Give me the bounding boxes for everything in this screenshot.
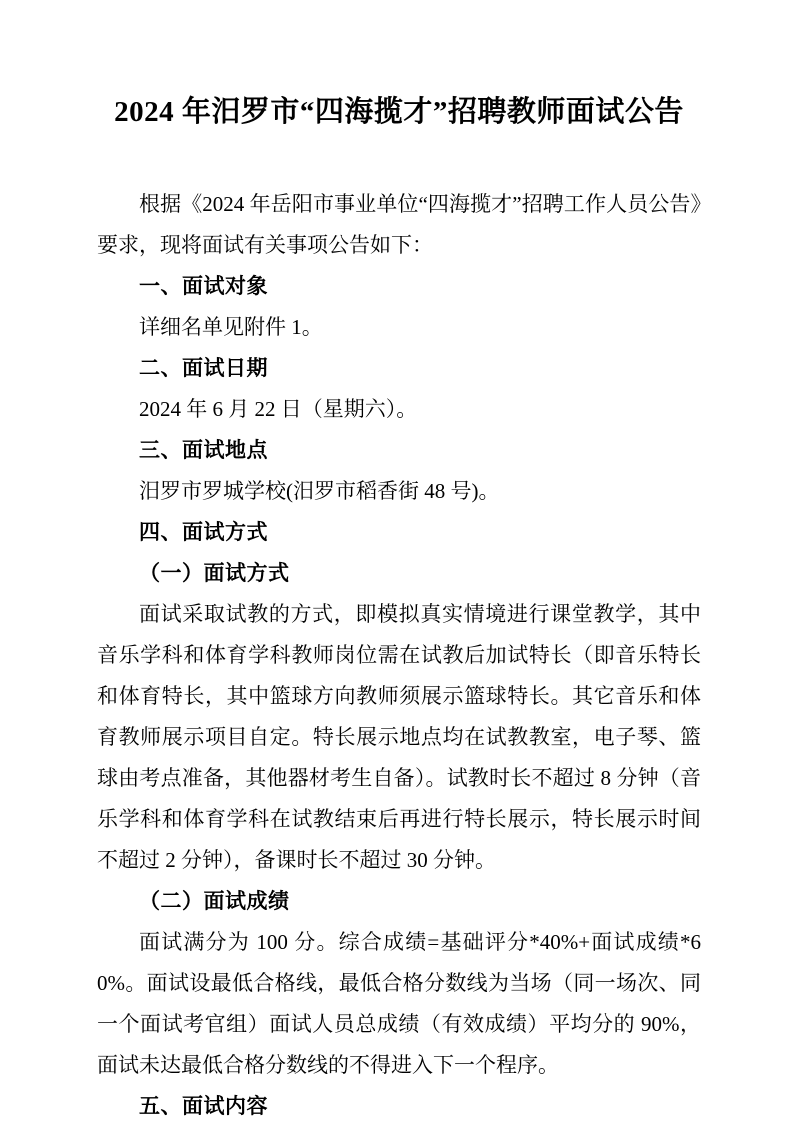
heading-interview-location: 三、面试地点 bbox=[97, 430, 701, 471]
subheading-interview-score: （二）面试成绩 bbox=[97, 881, 701, 922]
document-page: 2024 年汨罗市“四海揽才”招聘教师面试公告 根据《2024 年岳阳市事业单位… bbox=[0, 0, 793, 1122]
paragraph-interview-location: 汨罗市罗城学校(汨罗市稻香街 48 号)。 bbox=[97, 471, 701, 512]
intro-paragraph: 根据《2024 年岳阳市事业单位“四海揽才”招聘工作人员公告》要求，现将面试有关… bbox=[97, 184, 701, 266]
paragraph-interview-score: 面试满分为 100 分。综合成绩=基础评分*40%+面试成绩*60%。面试设最低… bbox=[97, 922, 701, 1086]
heading-interview-date: 二、面试日期 bbox=[97, 348, 701, 389]
heading-interview-subjects: 一、面试对象 bbox=[97, 266, 701, 307]
heading-interview-content: 五、面试内容 bbox=[97, 1086, 701, 1122]
paragraph-interview-method: 面试采取试教的方式，即模拟真实情境进行课堂教学，其中音乐学科和体育学科教师岗位需… bbox=[97, 594, 701, 881]
subheading-interview-method: （一）面试方式 bbox=[97, 553, 701, 594]
heading-interview-method: 四、面试方式 bbox=[97, 512, 701, 553]
paragraph-interview-date: 2024 年 6 月 22 日（星期六）。 bbox=[97, 389, 701, 430]
paragraph-name-list: 详细名单见附件 1。 bbox=[97, 307, 701, 348]
document-title: 2024 年汨罗市“四海揽才”招聘教师面试公告 bbox=[97, 90, 701, 134]
